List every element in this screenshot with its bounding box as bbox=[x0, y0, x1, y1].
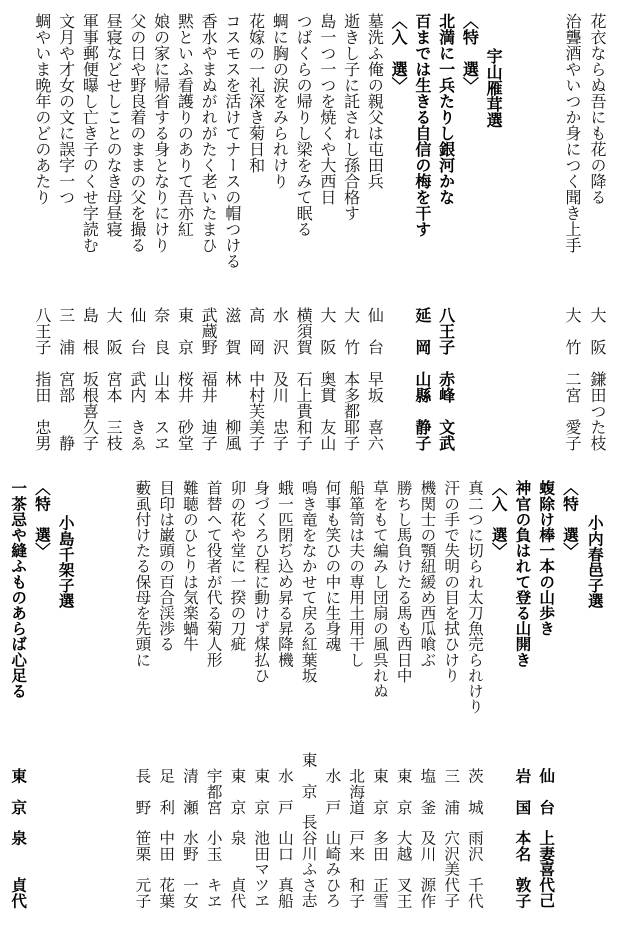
haiku-entry: 島一つ一つを焼くや大西日 大阪 奥貫 友山 bbox=[314, 13, 338, 451]
haiku-entry: 治聾酒やいつか身につく聞き上手 大竹 二宮 愛子 bbox=[559, 13, 583, 451]
author-name: 山縣 静子 bbox=[413, 371, 429, 451]
author-given-name: みひろ bbox=[324, 861, 340, 908]
author-surname: 及川 bbox=[270, 371, 286, 403]
author-location: 三浦 bbox=[443, 768, 459, 815]
author-surname: 泉 bbox=[229, 830, 245, 846]
author-name: 山口 真船 bbox=[276, 830, 292, 908]
selector-name: 小内春邑子選 bbox=[586, 515, 602, 609]
author-surname: 池田 bbox=[253, 830, 269, 861]
author: 八王子 赤峰 文武 bbox=[437, 307, 453, 451]
author-location: 東京 bbox=[175, 307, 191, 355]
haiku-entry: 文月や才女の文に誤字一つ 三浦 宮部 静 bbox=[53, 13, 77, 451]
haiku-text: 蛾一匹閉ぢ込め昇る昇降機 bbox=[276, 480, 292, 667]
haiku-text: 草をもて編みし団扇の風呉れぬ bbox=[371, 480, 387, 698]
haiku-entry-special: 蝮除け棒一本の山歩き 仙台 上妻 喜代己 bbox=[534, 480, 558, 908]
author-name: 本多 都耶子 bbox=[342, 371, 358, 451]
haiku-text: 北満に一兵たりし銀河かな bbox=[437, 13, 453, 205]
author-surname: 長谷川 bbox=[300, 814, 316, 861]
author: 水沢 及川 忠子 bbox=[270, 307, 286, 451]
author-name: 桜井 砂堂 bbox=[175, 371, 191, 451]
haiku-text: 汗の手で失明の目を拭ひけり bbox=[443, 480, 459, 683]
author-name: 穴沢 美代子 bbox=[443, 830, 459, 908]
haiku-entry: 藪虱付けたる保母を先頭に 長野 笹栗 元子 bbox=[130, 480, 154, 908]
author-given-name: 美代子 bbox=[443, 861, 459, 908]
author-name: 早坂 喜六 bbox=[365, 371, 381, 451]
author-given-name: つた枝 bbox=[588, 403, 604, 451]
haiku-text: 花衣ならぬ吾にも花の降る bbox=[588, 13, 604, 205]
author: 仙台 上妻 喜代己 bbox=[538, 768, 554, 908]
haiku-text: 目印は巌頭の百合渓渉る bbox=[158, 480, 174, 652]
author-surname: 水野 bbox=[181, 830, 197, 861]
award-label-special: 〈特 選〉 bbox=[557, 480, 581, 908]
award-label-special: 〈特 選〉 bbox=[457, 13, 481, 451]
author-name: 小玉 キヱ bbox=[205, 830, 221, 908]
author: 東京 大越 叉王 bbox=[395, 768, 411, 908]
author-given-name: 貴和子 bbox=[294, 403, 310, 451]
author: 横須賀 石上 貴和子 bbox=[294, 307, 310, 451]
author-name: 宮本 三枝 bbox=[104, 371, 120, 451]
author-given-name: 真船 bbox=[276, 877, 292, 908]
haiku-text: 墓洗ふ俺の親父は屯田兵 bbox=[365, 13, 381, 189]
author-location: 滋賀 bbox=[223, 307, 239, 355]
author-name: 上妻 喜代己 bbox=[538, 830, 554, 908]
author-location: 大竹 bbox=[342, 307, 358, 355]
award-label-text: 〈特 選〉 bbox=[460, 13, 476, 93]
author: 滋賀 林 柳風 bbox=[223, 307, 239, 451]
award-label-text: 〈特 選〉 bbox=[33, 480, 49, 558]
author-given-name: 喜代己 bbox=[538, 861, 554, 908]
author-location: 八王子 bbox=[33, 307, 49, 355]
author-location: 東京 bbox=[300, 752, 316, 799]
haiku-text: 父の日や野良着のままの父を撮る bbox=[128, 13, 144, 253]
author-given-name: スヱ bbox=[152, 419, 168, 451]
upper-half: 花衣ならぬ吾にも花の降る 大阪 鎌田 つた枝 治聾酒やいつか身につく聞き上手 大… bbox=[29, 13, 609, 451]
haiku-entry: 蜩に胸の涙をみられけり 水沢 及川 忠子 bbox=[267, 13, 291, 451]
author-surname: 宮本 bbox=[104, 371, 120, 403]
haiku-text: 島一つ一つを焼くや大西日 bbox=[318, 13, 334, 205]
author-name: 泉 貞代 bbox=[10, 830, 26, 908]
author: 東京 泉 貞代 bbox=[229, 768, 245, 908]
haiku-text: 軍事郵便曝し亡き子のくせ字読む bbox=[80, 13, 96, 253]
author-surname: 本名 bbox=[514, 830, 530, 861]
author-location: 大阪 bbox=[588, 307, 604, 355]
haiku-text: 一茶忌や縫ふものあらば心足る bbox=[10, 480, 26, 698]
author-given-name: 柳風 bbox=[223, 419, 239, 451]
haiku-entry: 父の日や野良着のままの父を撮る 仙台 武内 きゑ bbox=[124, 13, 148, 451]
haiku-text: 機関士の顎紐緩め西瓜喰ぶ bbox=[419, 480, 435, 667]
haiku-text: 蜩やいま晩年のどのあたり bbox=[33, 13, 49, 205]
haiku-entry: 何事も笑ひの中に生身魂 水戸 山崎 みひろ bbox=[320, 480, 344, 908]
author-location: 大阪 bbox=[318, 307, 334, 355]
author-surname: 上妻 bbox=[538, 830, 554, 861]
author-given-name: 都耶子 bbox=[342, 403, 358, 451]
haiku-text: コスモスを活けてナースの帽つける bbox=[223, 13, 239, 269]
author-given-name: きゑ bbox=[128, 419, 144, 451]
selector-heading: 宇山雁茸選 bbox=[480, 13, 504, 451]
author-given-name: 一女 bbox=[181, 877, 197, 908]
author: 茨城 雨沢 千代 bbox=[466, 768, 482, 908]
haiku-entry: 船箪笥は夫の専用土用干し 北海道 戸来 和子 bbox=[344, 480, 368, 908]
author-surname: 坂根 bbox=[80, 371, 96, 403]
author-given-name: 喜久子 bbox=[80, 403, 96, 451]
author: 大阪 宮本 三枝 bbox=[104, 307, 120, 451]
award-label-special: 〈特 選〉 bbox=[29, 480, 53, 908]
haiku-entry: 目印は巌頭の百合渓渉る 足利 中田 花葉 bbox=[154, 480, 178, 908]
haiku-entry-special: 百までは生きる自信の梅を干す 延岡 山縣 静子 bbox=[409, 13, 433, 451]
author-given-name: 静 bbox=[57, 435, 73, 451]
author: 塩釜 及川 源作 bbox=[419, 768, 435, 908]
author-given-name: 喜六 bbox=[365, 419, 381, 451]
haiku-text: 花嫁の一礼深き菊日和 bbox=[247, 13, 263, 173]
selector-name: 宇山雁茸選 bbox=[484, 48, 500, 128]
author-location: 水戸 bbox=[324, 768, 340, 815]
haiku-entry: 昼寝などせしことのなき母昼寝 大阪 宮本 三枝 bbox=[100, 13, 124, 451]
author: 水戸 山口 真船 bbox=[276, 768, 292, 908]
author-given-name: 花葉 bbox=[158, 877, 174, 908]
haiku-entry: 黙といふ看護りのありて吾亦紅 東京 桜井 砂堂 bbox=[172, 13, 196, 451]
author: 東京 桜井 砂堂 bbox=[175, 307, 191, 451]
author-location: 島根 bbox=[80, 307, 96, 355]
author-name: 大越 叉王 bbox=[395, 830, 411, 908]
author-name: 及川 源作 bbox=[419, 830, 435, 908]
author-surname: 桜井 bbox=[175, 371, 191, 403]
haiku-text: つばくらの帰りし梁をみて眠る bbox=[294, 13, 310, 237]
lower-half: 小内春邑子選 〈特 選〉 蝮除け棒一本の山歩き 仙台 上妻 喜代己 神官の負はれ… bbox=[6, 480, 608, 908]
author-surname: 石上 bbox=[294, 371, 310, 403]
author-given-name: ふさ志 bbox=[300, 861, 316, 908]
haiku-entry: 難聴のひとりは気楽蝸牛 清瀬 水野 一女 bbox=[177, 480, 201, 908]
author-given-name: 忠子 bbox=[270, 419, 286, 451]
author-location: 高岡 bbox=[247, 307, 263, 355]
author-surname: 二宮 bbox=[563, 371, 579, 403]
haiku-text: 娘の家に帰省する身となりにけり bbox=[152, 13, 168, 253]
award-label-text: 〈特 選〉 bbox=[561, 480, 577, 558]
author-given-name: 芙美子 bbox=[247, 403, 263, 451]
author-location: 宇都宮 bbox=[205, 768, 221, 815]
author-name: 水野 一女 bbox=[181, 830, 197, 908]
author: 大竹 本多 都耶子 bbox=[342, 307, 358, 451]
author-name: 中田 花葉 bbox=[158, 830, 174, 908]
haiku-text: 文月や才女の文に誤字一つ bbox=[57, 13, 73, 205]
author: 足利 中田 花葉 bbox=[158, 768, 174, 908]
haiku-entry-special: 一茶忌や縫ふものあらば心足る 東京 泉 貞代 bbox=[6, 480, 30, 908]
author: 東京 池田 マツヱ bbox=[253, 768, 269, 908]
author: 水戸 山崎 みひろ bbox=[324, 768, 340, 908]
author: 東京 多田 正雪 bbox=[371, 768, 387, 908]
author: 八王子 指田 忠男 bbox=[33, 307, 49, 451]
author-given-name: マツヱ bbox=[253, 861, 269, 908]
author-location: 足利 bbox=[158, 768, 174, 815]
author: 長野 笹栗 元子 bbox=[134, 768, 150, 908]
author: 奈良 山本 スヱ bbox=[152, 307, 168, 451]
author-surname: 奥貫 bbox=[318, 371, 334, 403]
haiku-text: 身づくろひ程に動けず煤払ひ bbox=[253, 480, 269, 683]
author-surname: 本多 bbox=[342, 371, 358, 403]
author-given-name: 正雪 bbox=[371, 877, 387, 908]
author-given-name: 静子 bbox=[413, 419, 429, 451]
author-location: 水戸 bbox=[276, 768, 292, 815]
haiku-entry: 身づくろひ程に動けず煤払ひ 東京 池田 マツヱ bbox=[249, 480, 273, 908]
author-name: 石上 貴和子 bbox=[294, 371, 310, 451]
author-location: 東京 bbox=[371, 768, 387, 815]
haiku-entry: 首替へて役者が代る菊人形 宇都宮 小玉 キヱ bbox=[201, 480, 225, 908]
haiku-text: 難聴のひとりは気楽蝸牛 bbox=[181, 480, 197, 652]
author-given-name: 三枝 bbox=[104, 419, 120, 451]
haiku-text: 昼寝などせしことのなき母昼寝 bbox=[104, 13, 120, 237]
author: 延岡 山縣 静子 bbox=[413, 307, 429, 451]
award-label-text: 〈入 選〉 bbox=[490, 480, 506, 558]
haiku-text: 鳴き竜をなかせて戻る紅葉坂 bbox=[300, 480, 316, 683]
author-surname: 及川 bbox=[419, 830, 435, 861]
haiku-text: 蝮除け棒一本の山歩き bbox=[538, 480, 554, 636]
author-name: 池田 マツヱ bbox=[253, 830, 269, 908]
author-name: 笹栗 元子 bbox=[134, 830, 150, 908]
author-given-name: キヱ bbox=[205, 877, 221, 908]
haiku-text: 神官の負はれて登る山開き bbox=[514, 480, 530, 667]
author-location: 茨城 bbox=[466, 768, 482, 815]
author: 東京 泉 貞代 bbox=[10, 768, 26, 908]
author-name: 中村 芙美子 bbox=[247, 371, 263, 451]
haiku-entry: 蜩やいま晩年のどのあたり 八王子 指田 忠男 bbox=[29, 13, 53, 451]
author: 宇都宮 小玉 キヱ bbox=[205, 768, 221, 908]
selector-heading: 小島千架子選 bbox=[53, 480, 77, 908]
award-label-entry: 〈入 選〉 bbox=[385, 13, 409, 451]
author-given-name: 敦子 bbox=[514, 877, 530, 908]
award-label-text: 〈入 選〉 bbox=[389, 13, 405, 93]
haiku-entry: コスモスを活けてナースの帽つける 滋賀 林 柳風 bbox=[219, 13, 243, 451]
author-surname: 戸来 bbox=[348, 830, 364, 861]
author-given-name: 砂堂 bbox=[175, 419, 191, 451]
author: 武蔵野 福井 迪子 bbox=[199, 307, 215, 451]
author: 三浦 穴沢 美代子 bbox=[443, 768, 459, 908]
author-surname: 山口 bbox=[276, 830, 292, 861]
author-location: 岩国 bbox=[514, 768, 530, 815]
haiku-text: 何事も笑ひの中に生身魂 bbox=[324, 480, 340, 652]
author-given-name: 源作 bbox=[419, 877, 435, 908]
author-name: 武内 きゑ bbox=[128, 371, 144, 451]
author-name: 指田 忠男 bbox=[33, 371, 49, 451]
haiku-text: 卯の花や堂に一揆の刀疵 bbox=[229, 480, 245, 652]
author-surname: 指田 bbox=[33, 371, 49, 403]
author-surname: 穴沢 bbox=[443, 830, 459, 861]
author-name: 坂根 喜久子 bbox=[80, 371, 96, 451]
author-surname: 武内 bbox=[128, 371, 144, 403]
author-location: 東京 bbox=[253, 768, 269, 815]
author-given-name: 文武 bbox=[437, 419, 453, 451]
selector-name: 小島千架子選 bbox=[57, 515, 73, 609]
author-location: 横須賀 bbox=[294, 307, 310, 355]
author-location: 三浦 bbox=[57, 307, 73, 355]
author: 大阪 奥貫 友山 bbox=[318, 307, 334, 451]
selector-heading: 小内春邑子選 bbox=[581, 480, 607, 908]
author-given-name: 友山 bbox=[318, 419, 334, 451]
author-surname: 赤峰 bbox=[437, 371, 453, 403]
author-name: 及川 忠子 bbox=[270, 371, 286, 451]
author-location: 武蔵野 bbox=[199, 307, 215, 355]
haiku-text: 勝ちし馬負けたる馬も西日中 bbox=[395, 480, 411, 683]
author: 三浦 宮部 静 bbox=[57, 307, 73, 451]
haiku-text: 真二つに切られ太刀魚売られけり bbox=[466, 480, 482, 714]
author-name: 泉 貞代 bbox=[229, 830, 245, 908]
author-surname: 福井 bbox=[199, 371, 215, 403]
author-surname: 林 bbox=[223, 371, 239, 387]
author-name: 多田 正雪 bbox=[371, 830, 387, 908]
haiku-text: 黙といふ看護りのありて吾亦紅 bbox=[175, 13, 191, 237]
author-name: 雨沢 千代 bbox=[466, 830, 482, 908]
author-location: 大阪 bbox=[104, 307, 120, 355]
author-surname: 中村 bbox=[247, 371, 263, 403]
haiku-entry: 花衣ならぬ吾にも花の降る 大阪 鎌田 つた枝 bbox=[583, 13, 609, 451]
haiku-text: 百までは生きる自信の梅を干す bbox=[413, 13, 429, 237]
author-name: 林 柳風 bbox=[223, 371, 239, 451]
author: 大阪 鎌田 つた枝 bbox=[588, 307, 604, 451]
author: 島根 坂根 喜久子 bbox=[80, 307, 96, 451]
haiku-entry: 鳴き竜をなかせて戻る紅葉坂 東京 長谷川 ふさ志 bbox=[296, 480, 320, 908]
haiku-entry: 花嫁の一礼深き菊日和 高岡 中村 芙美子 bbox=[243, 13, 267, 451]
haiku-entry: 蛾一匹閉ぢ込め昇る昇降機 水戸 山口 真船 bbox=[272, 480, 296, 908]
author-surname: 泉 bbox=[10, 830, 26, 846]
author-surname: 小玉 bbox=[205, 830, 221, 861]
haiku-text: 治聾酒やいつか身につく聞き上手 bbox=[563, 13, 579, 253]
author-surname: 雨沢 bbox=[466, 830, 482, 861]
author: 北海道 戸来 和子 bbox=[348, 768, 364, 908]
author-given-name: 迪子 bbox=[199, 419, 215, 451]
haiku-text: 船箪笥は夫の専用土用干し bbox=[348, 480, 364, 667]
author-location: 仙台 bbox=[538, 768, 554, 815]
author-location: 大竹 bbox=[563, 307, 579, 355]
author-name: 奥貫 友山 bbox=[318, 371, 334, 451]
author-surname: 多田 bbox=[371, 830, 387, 861]
author-location: 東京 bbox=[229, 768, 245, 815]
author-surname: 早坂 bbox=[365, 371, 381, 403]
haiku-text: 蜩に胸の涙をみられけり bbox=[270, 13, 286, 189]
author-location: 東京 bbox=[395, 768, 411, 815]
author: 高岡 中村 芙美子 bbox=[247, 307, 263, 451]
haiku-entry: 墓洗ふ俺の親父は屯田兵 仙台 早坂 喜六 bbox=[362, 13, 386, 451]
author-given-name: 叉王 bbox=[395, 877, 411, 908]
author-given-name: 貞代 bbox=[10, 877, 26, 908]
author-surname: 中田 bbox=[158, 830, 174, 861]
haiku-entry: 軍事郵便曝し亡き子のくせ字読む 島根 坂根 喜久子 bbox=[77, 13, 101, 451]
author-location: 北海道 bbox=[348, 768, 364, 815]
haiku-entry: 機関士の顎紐緩め西瓜喰ぶ 塩釜 及川 源作 bbox=[415, 480, 439, 908]
haiku-entry: 汗の手で失明の目を拭ひけり 三浦 穴沢 美代子 bbox=[439, 480, 463, 908]
author-location: 塩釜 bbox=[419, 768, 435, 815]
author: 東京 長谷川 ふさ志 bbox=[300, 752, 316, 908]
haiku-text: 首替へて役者が代る菊人形 bbox=[205, 480, 221, 667]
author-name: 戸来 和子 bbox=[348, 830, 364, 908]
author-surname: 山縣 bbox=[413, 371, 429, 403]
author-location: 清瀬 bbox=[181, 768, 197, 815]
author-surname: 大越 bbox=[395, 830, 411, 861]
haiku-entry-special: 神官の負はれて登る山開き 岩国 本名 敦子 bbox=[510, 480, 534, 908]
author: 大竹 二宮 愛子 bbox=[563, 307, 579, 451]
haiku-entry: 逝きし子に託されし孫合格す 大竹 本多 都耶子 bbox=[338, 13, 362, 451]
author: 仙台 武内 きゑ bbox=[128, 307, 144, 451]
haiku-entry: 娘の家に帰省する身となりにけり 奈良 山本 スヱ bbox=[148, 13, 172, 451]
author-surname: 鎌田 bbox=[588, 371, 604, 403]
author: 清瀬 水野 一女 bbox=[181, 768, 197, 908]
author-name: 二宮 愛子 bbox=[563, 371, 579, 451]
haiku-entry-special: 北満に一兵たりし銀河かな 八王子 赤峰 文武 bbox=[433, 13, 457, 451]
author-location: 仙台 bbox=[128, 307, 144, 355]
haiku-text: 香水やまぬがれがたく老いたまひ bbox=[199, 13, 215, 253]
author-given-name: 千代 bbox=[466, 877, 482, 908]
author-location: 仙台 bbox=[365, 307, 381, 355]
author-name: 福井 迪子 bbox=[199, 371, 215, 451]
haiku-entry: つばくらの帰りし梁をみて眠る 横須賀 石上 貴和子 bbox=[290, 13, 314, 451]
author: 仙台 早坂 喜六 bbox=[365, 307, 381, 451]
author-name: 長谷川 ふさ志 bbox=[300, 814, 316, 908]
author: 岩国 本名 敦子 bbox=[514, 768, 530, 908]
author-name: 本名 敦子 bbox=[514, 830, 530, 908]
haiku-entry: 香水やまぬがれがたく老いたまひ 武蔵野 福井 迪子 bbox=[195, 13, 219, 451]
haiku-entry: 勝ちし馬負けたる馬も西日中 東京 大越 叉王 bbox=[391, 480, 415, 908]
author-name: 山本 スヱ bbox=[152, 371, 168, 451]
author-location: 東京 bbox=[10, 768, 26, 815]
author-name: 鎌田 つた枝 bbox=[588, 371, 604, 451]
author-location: 延岡 bbox=[413, 307, 429, 355]
author-given-name: 和子 bbox=[348, 877, 364, 908]
author-surname: 宮部 bbox=[57, 371, 73, 403]
haiku-text: 藪虱付けたる保母を先頭に bbox=[134, 480, 150, 667]
author-location: 八王子 bbox=[437, 307, 453, 355]
author-given-name: 愛子 bbox=[563, 419, 579, 451]
author-name: 赤峰 文武 bbox=[437, 371, 453, 451]
author-given-name: 元子 bbox=[134, 877, 150, 908]
haiku-entry: 真二つに切られ太刀魚売られけり 茨城 雨沢 千代 bbox=[462, 480, 486, 908]
award-label-entry: 〈入 選〉 bbox=[486, 480, 510, 908]
author-given-name: 貞代 bbox=[229, 877, 245, 908]
author-surname: 笹栗 bbox=[134, 830, 150, 861]
haiku-entry: 卯の花や堂に一揆の刀疵 東京 泉 貞代 bbox=[225, 480, 249, 908]
author-location: 奈良 bbox=[152, 307, 168, 355]
author-location: 長野 bbox=[134, 768, 150, 815]
author-name: 宮部 静 bbox=[57, 371, 73, 451]
author-surname: 山崎 bbox=[324, 830, 340, 861]
haiku-text: 逝きし子に託されし孫合格す bbox=[342, 13, 358, 221]
author-name: 山崎 みひろ bbox=[324, 830, 340, 908]
haiku-entry: 草をもて編みし団扇の風呉れぬ 東京 多田 正雪 bbox=[367, 480, 391, 908]
author-surname: 山本 bbox=[152, 371, 168, 403]
author-given-name: 忠男 bbox=[33, 419, 49, 451]
author-location: 水沢 bbox=[270, 307, 286, 355]
